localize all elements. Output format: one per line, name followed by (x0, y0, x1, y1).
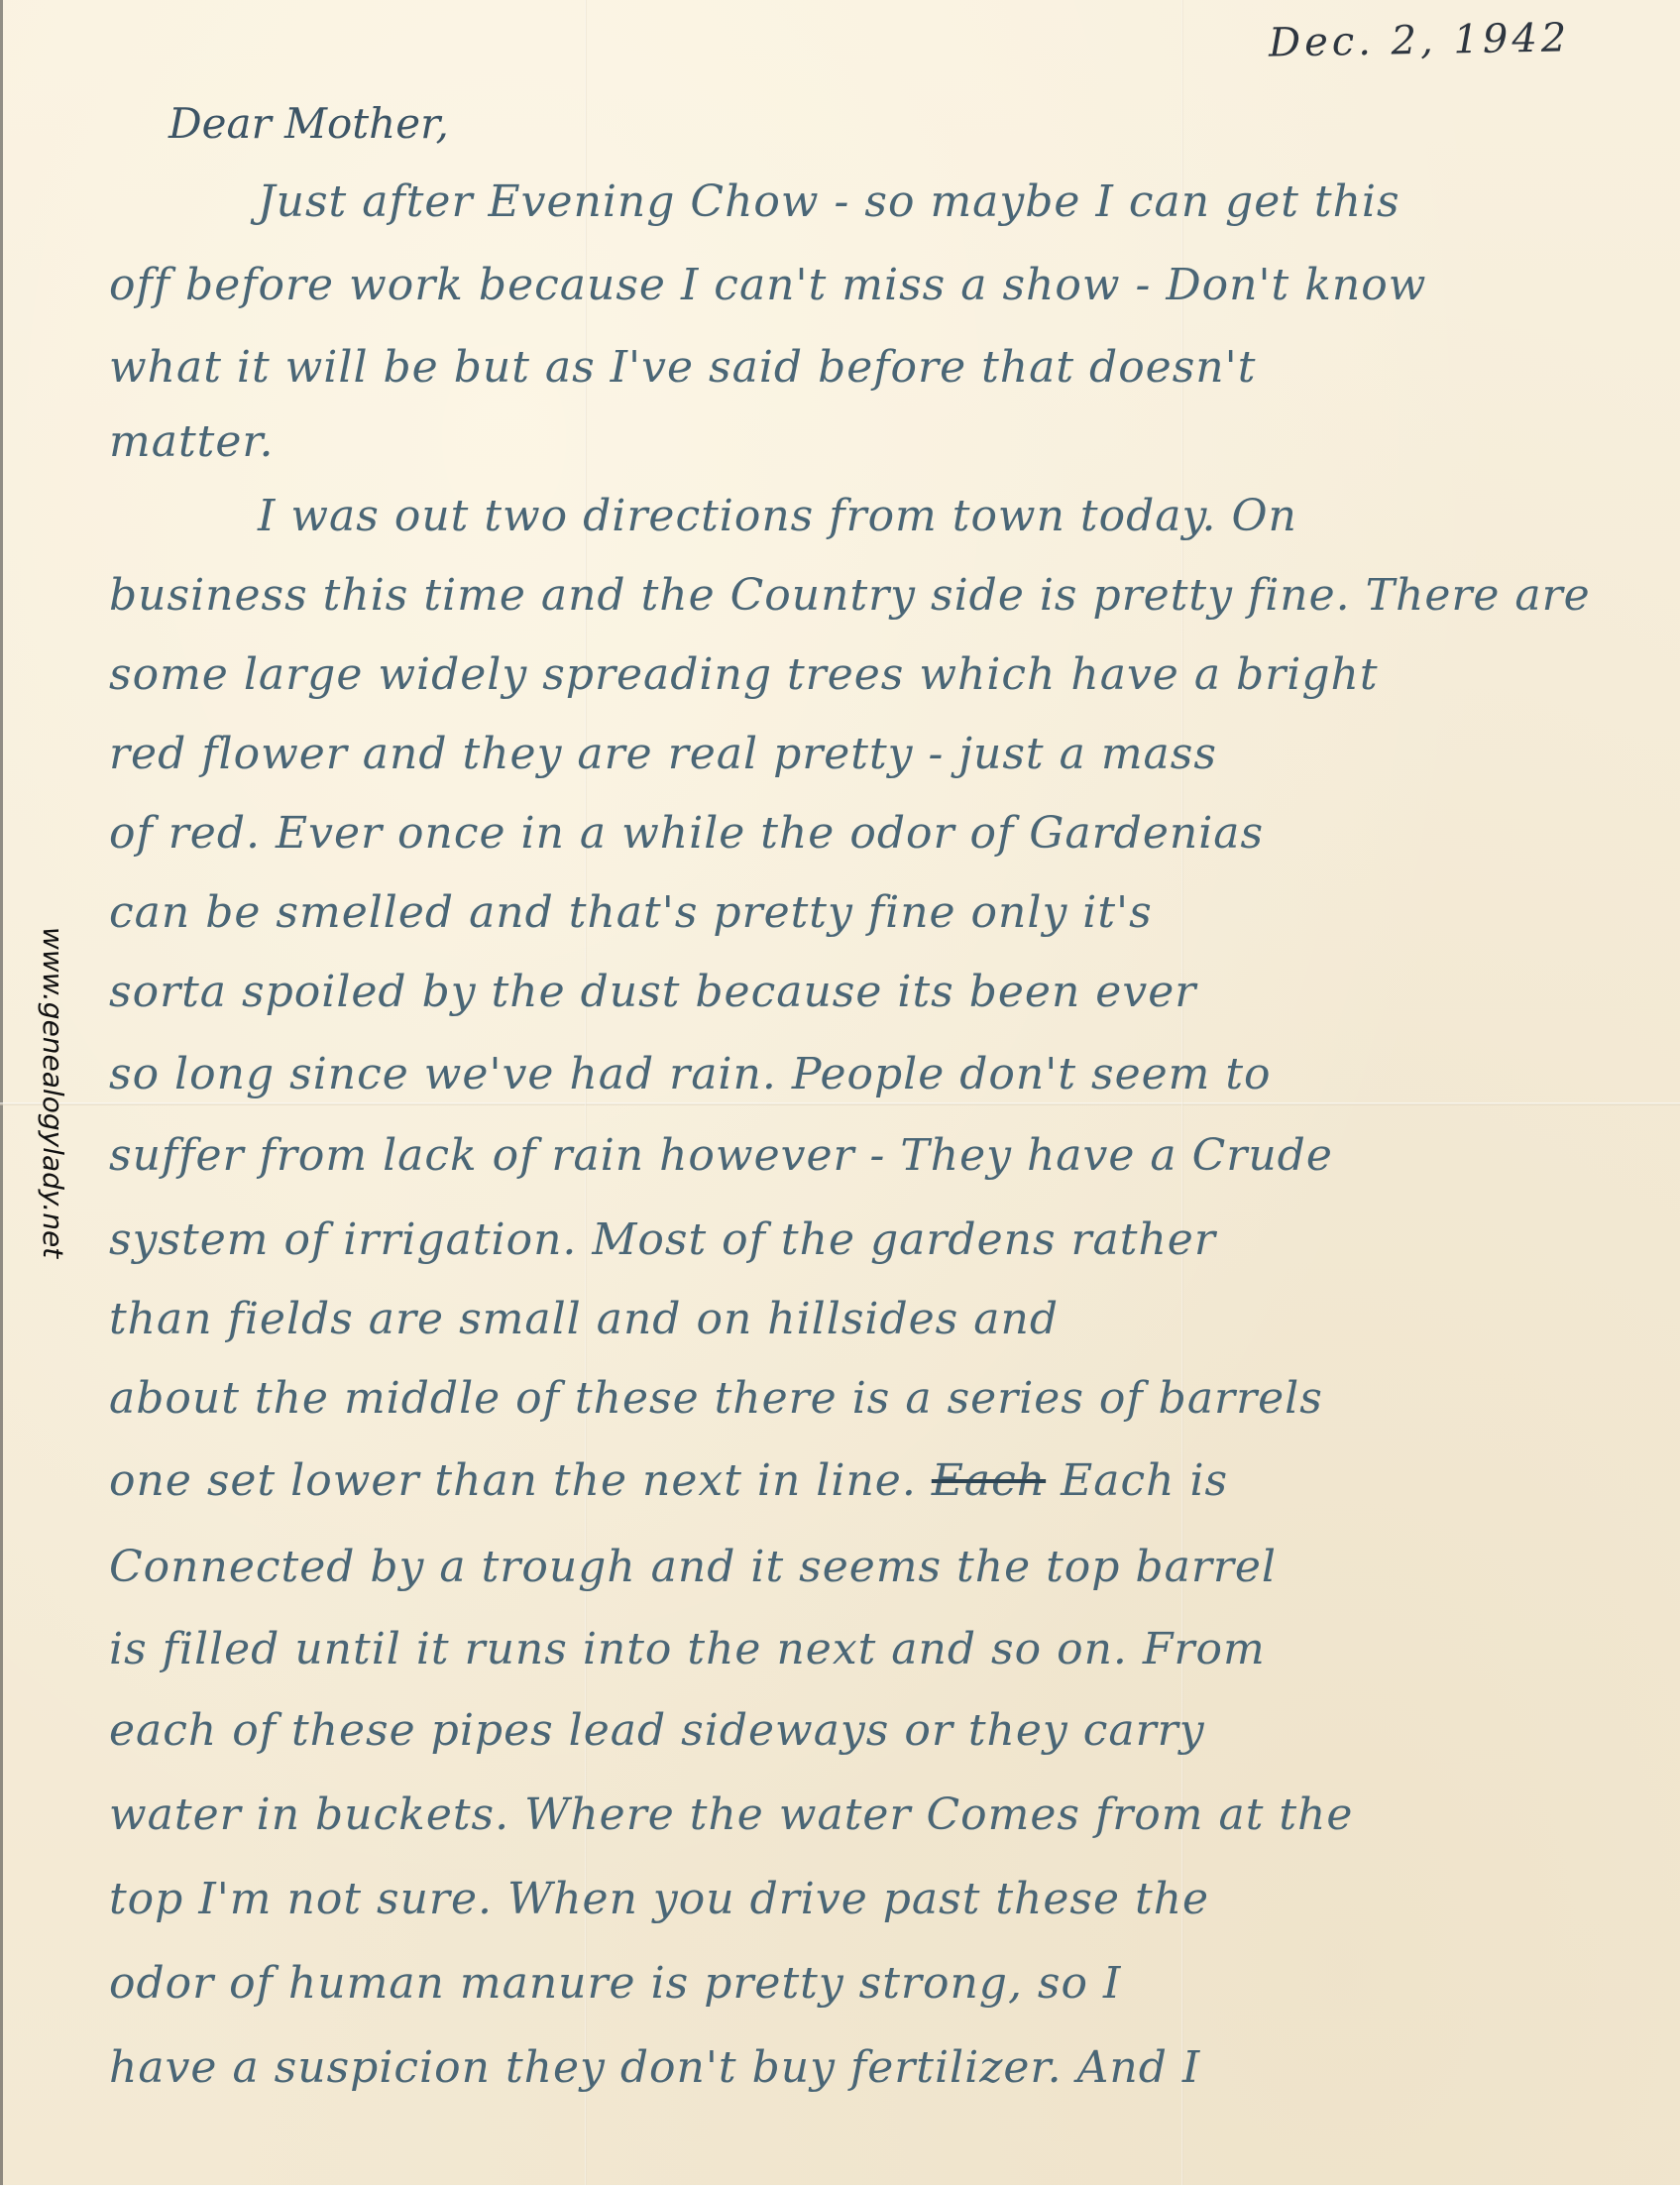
letter-line-19: is filled until it runs into the next an… (109, 1624, 1266, 1674)
page-edge-bottom (0, 2185, 1680, 2191)
letter-line-23: odor of human manure is pretty strong, s… (109, 1958, 1121, 2009)
letter-line-4: matter. (109, 416, 275, 467)
letter-line-17-text: one set lower than the next in line. (109, 1455, 917, 1506)
struck-out-word: Each (932, 1455, 1046, 1506)
letter-line-8: red flower and they are real pretty - ju… (109, 729, 1217, 779)
letter-line-16: about the middle of these there is a ser… (109, 1373, 1323, 1424)
letter-date: Dec. 2, 1942 (1269, 15, 1571, 65)
letter-line-17: one set lower than the next in line. Eac… (109, 1455, 1228, 1506)
letter-line-17-tail: Each is (1061, 1455, 1228, 1506)
letter-line-3: what it will be but as I've said before … (109, 342, 1256, 393)
letter-line-22: top I'm not sure. When you drive past th… (109, 1874, 1209, 1924)
watermark-text: www.genealogylady.net (10, 927, 69, 1363)
page-edge-left (0, 0, 3, 2191)
letter-line-1: Just after Evening Chow - so maybe I can… (258, 176, 1400, 227)
letter-line-2: off before work because I can't miss a s… (109, 260, 1426, 310)
letter-line-7: some large widely spreading trees which … (109, 649, 1379, 700)
letter-line-20: each of these pipes lead sideways or the… (109, 1705, 1205, 1756)
letter-line-5: I was out two directions from town today… (258, 491, 1297, 541)
letter-line-15: than fields are small and on hillsides a… (109, 1294, 1059, 1344)
letter-line-6: business this time and the Country side … (109, 570, 1591, 621)
letter-line-11: sorta spoiled by the dust because its be… (109, 967, 1196, 1017)
letter-paper: Dec. 2, 1942 Dear Mother, Just after Eve… (0, 0, 1680, 2191)
letter-line-12: so long since we've had rain. People don… (109, 1049, 1272, 1099)
letter-line-10: can be smelled and that's pretty fine on… (109, 887, 1153, 938)
letter-line-21: water in buckets. Where the water Comes … (109, 1789, 1353, 1840)
letter-line-9: of red. Ever once in a while the odor of… (109, 808, 1264, 859)
fold-line-horizontal (0, 1102, 1680, 1105)
letter-line-13: suffer from lack of rain however - They … (109, 1130, 1333, 1181)
letter-line-24: have a suspicion they don't buy fertiliz… (109, 2042, 1200, 2093)
letter-line-18: Connected by a trough and it seems the t… (109, 1542, 1277, 1592)
letter-line-14: system of irrigation. Most of the garden… (109, 1214, 1216, 1265)
letter-salutation: Dear Mother, (168, 99, 449, 148)
